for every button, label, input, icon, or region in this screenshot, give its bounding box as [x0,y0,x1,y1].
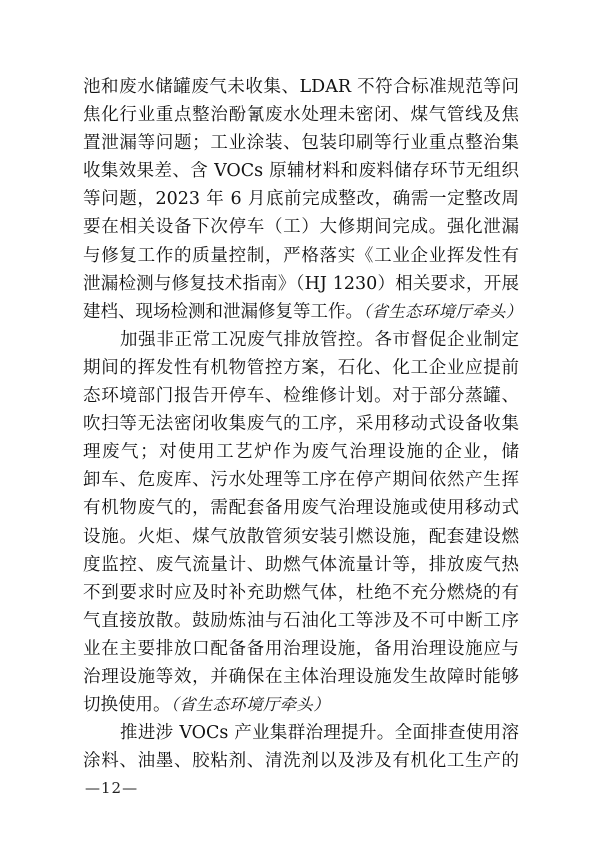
lead-department-note: （省生态环境厅牵头） [171,695,331,714]
text-line: 收集效果差、含 VOCs 原辅材料和废料储存环节无组织排放 [83,157,519,185]
text-line: 焦化行业重点整治酚氰废水处理未密闭、煤气管线及焦炉装 [83,101,519,129]
page-number: —12— [85,778,138,798]
text-line: 泄漏检测与修复技术指南》（HJ 1230）相关要求，开展项目 [83,270,519,298]
text-line: 加强非正常工况废气排放管控。各市督促企业制定检修 [83,326,519,354]
text-line: 有机物废气的，需配套备用废气治理设施或使用移动式治理 [83,494,519,522]
text-line: 期间的挥发性有机物管控方案，石化、化工企业应提前向生 [83,354,519,382]
text-line: 态环境部门报告开停车、检维修计划。对于部分蒸罐、清洗、 [83,382,519,410]
text-line: 度监控、废气流量计、助燃气体流量计等，排放废气热值达 [83,551,519,579]
text-line: 气直接放散。鼓励炼油与石油化工等涉及不可中断工序的企 [83,607,519,635]
text-line: 建档、现场检测和泄漏修复等工作。（省生态环境厅牵头） [83,298,519,326]
text-line: 置泄漏等问题；工业涂装、包装印刷等行业重点整治集气罩 [83,129,519,157]
document-text-block: 池和废水储罐废气未收集、LDAR 不符合标准规范等问题；焦化行业重点整治酚氰废水… [83,73,519,775]
text-line: 设施。火炬、煤气放散管须安装引燃设施，配套建设燃烧温 [83,523,519,551]
text-line: 切换使用。（省生态环境厅牵头） [83,691,519,719]
paragraph: 池和废水储罐废气未收集、LDAR 不符合标准规范等问题；焦化行业重点整治酚氰废水… [83,73,519,326]
text-line: 不到要求时应及时补充助燃气体，杜绝不充分燃烧的有机废 [83,579,519,607]
paragraph: 推进涉 VOCs 产业集群治理提升。全面排查使用溶剂型涂料、油墨、胶粘剂、清洗剂… [83,719,519,775]
text-segment: 切换使用。 [83,695,171,715]
text-line: 业在主要排放口配备备用治理设施，备用治理设施应与主体 [83,635,519,663]
text-segment: 建档、现场检测和泄漏修复等工作。 [83,302,363,322]
text-line: 要在相关设备下次停车（工）大修期间完成。强化泄漏检测 [83,213,519,241]
text-line: 吹扫等无法密闭收集废气的工序，采用移动式设备收集并处 [83,410,519,438]
text-line: 治理设施等效，并确保在主体治理设施发生故障时能够及时 [83,663,519,691]
paragraph: 加强非正常工况废气排放管控。各市督促企业制定检修期间的挥发性有机物管控方案，石化… [83,326,519,719]
text-line: 卸车、危废库、污水处理等工序在停产期间依然产生挥发性 [83,466,519,494]
text-line: 池和废水储罐废气未收集、LDAR 不符合标准规范等问题； [83,73,519,101]
text-line: 推进涉 VOCs 产业集群治理提升。全面排查使用溶剂型 [83,719,519,747]
document-page: 池和废水储罐废气未收集、LDAR 不符合标准规范等问题；焦化行业重点整治酚氰废水… [0,0,600,848]
text-line: 等问题，2023 年 6 月底前完成整改，确需一定整改周期的， [83,185,519,213]
text-line: 与修复工作的质量控制，严格落实《工业企业挥发性有机物 [83,242,519,270]
lead-department-note: （省生态环境厅牵头） [363,302,519,321]
text-line: 涂料、油墨、胶粘剂、清洗剂以及涉及有机化工生产的产业 [83,747,519,775]
text-line: 理废气；对使用工艺炉作为废气治理设施的企业，储罐、装 [83,438,519,466]
